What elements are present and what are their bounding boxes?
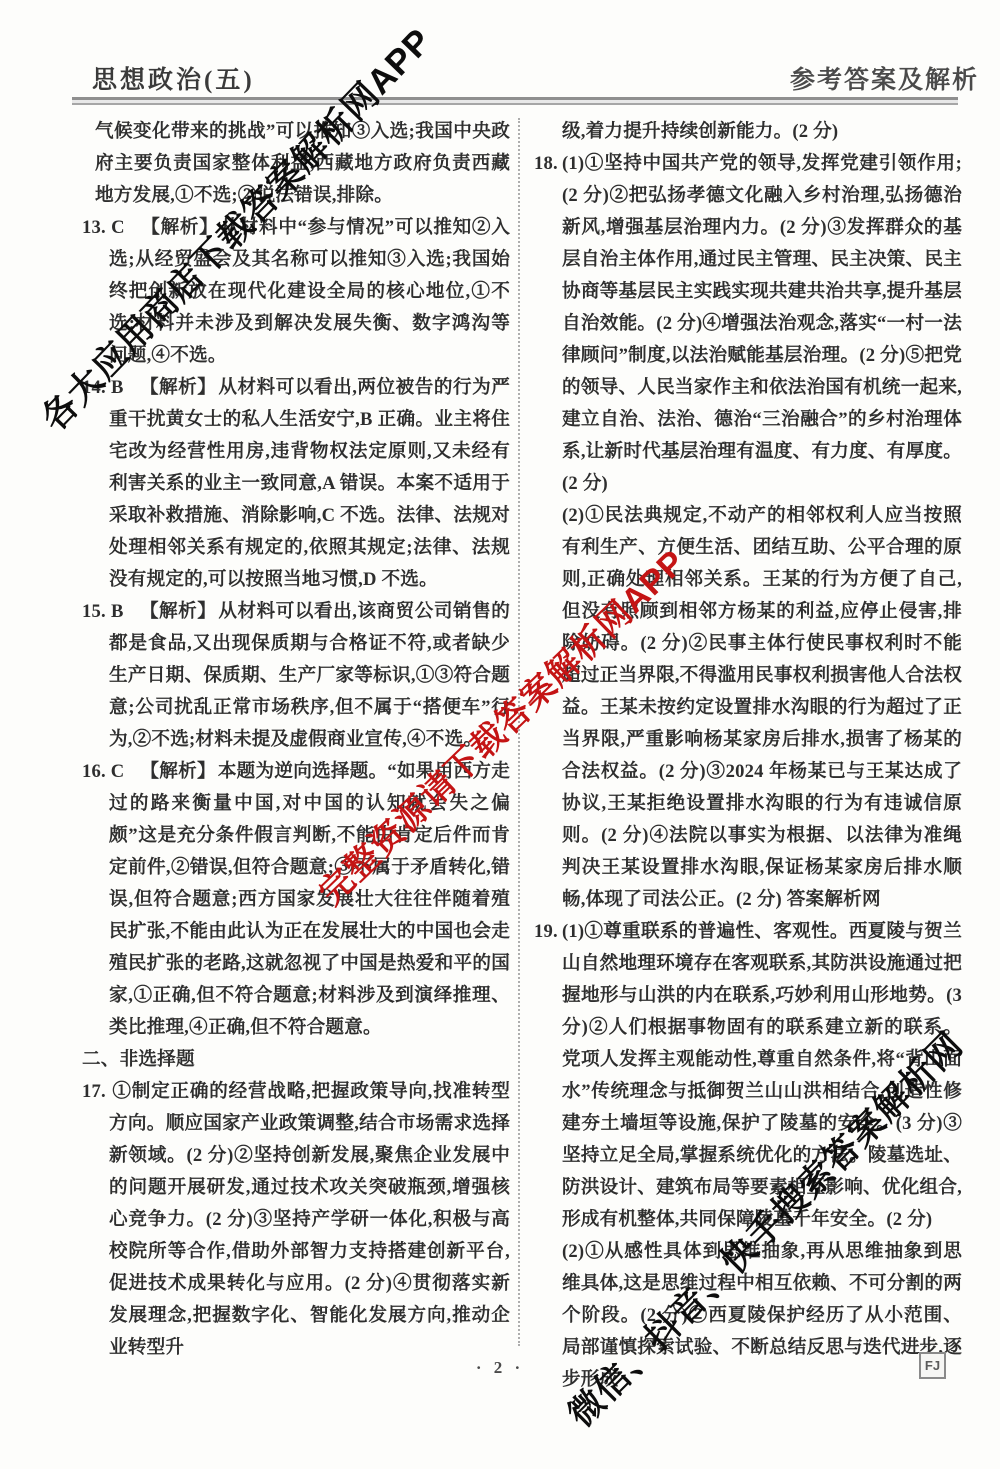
- header-double-rule: [72, 97, 958, 105]
- answer-text: 从材料可以看出,两位被告的行为严重干扰黄女士的私人生活安宁,B 正确。业主将住宅…: [109, 377, 510, 590]
- region-tag: FJ: [919, 1352, 946, 1379]
- answer-part-1: (1)①坚持中国共产党的领导,发挥党建引领作用;(2 分)②把弘扬孝德文化融入乡…: [562, 148, 962, 500]
- answer-item-14: 14. B【解析】从材料可以看出,两位被告的行为严重干扰黄女士的私人生活安宁,B…: [82, 372, 510, 596]
- right-column: 级,着力提升持续创新能力。(2 分) 18. (1)①坚持中国共产党的领导,发挥…: [534, 116, 962, 1396]
- analysis-tag: 【解析】: [140, 377, 217, 398]
- answer-number: 19.: [534, 916, 558, 948]
- answer-item-15: 15. B【解析】从材料可以看出,该商贸公司销售的都是食品,又出现保质期与合格证…: [82, 596, 510, 756]
- page-title-right: 参考答案及解析: [790, 60, 979, 96]
- page-number: · 2 ·: [0, 1358, 1000, 1378]
- answer-number: 15. B: [82, 601, 124, 622]
- answer-part-2: (2)①民法典规定,不动产的相邻权利人应当按照有利生产、方便生活、团结互助、公平…: [562, 500, 962, 916]
- answer-number: 16. C: [82, 761, 124, 782]
- answer-item-18: 18. (1)①坚持中国共产党的领导,发挥党建引领作用;(2 分)②把弘扬孝德文…: [534, 148, 962, 916]
- answer-text: 从材料可以看出,该商贸公司销售的都是食品,又出现保质期与合格证不符,或者缺少生产…: [109, 601, 510, 750]
- answer-item-19: 19. (1)①尊重联系的普遍性、客观性。西夏陵与贺兰山自然地理环境存在客观联系…: [534, 916, 962, 1396]
- answer-number: 13. C: [82, 217, 125, 238]
- section-heading: 二、非选择题: [82, 1044, 510, 1076]
- answer-text: ①制定正确的经营战略,把握政策导向,找准转型方向。顺应国家产业政策调整,结合市场…: [109, 1081, 510, 1358]
- analysis-tag: 【解析】: [140, 761, 215, 782]
- continuation-paragraph: 级,着力提升持续创新能力。(2 分): [534, 116, 962, 148]
- page-title-left: 思想政治(五): [92, 60, 255, 96]
- analysis-tag: 【解析】: [140, 601, 217, 622]
- answer-number: 18.: [534, 148, 558, 180]
- answer-item-17: 17.①制定正确的经营战略,把握政策导向,找准转型方向。顺应国家产业政策调整,结…: [82, 1076, 510, 1364]
- answer-number: 17.: [82, 1081, 106, 1102]
